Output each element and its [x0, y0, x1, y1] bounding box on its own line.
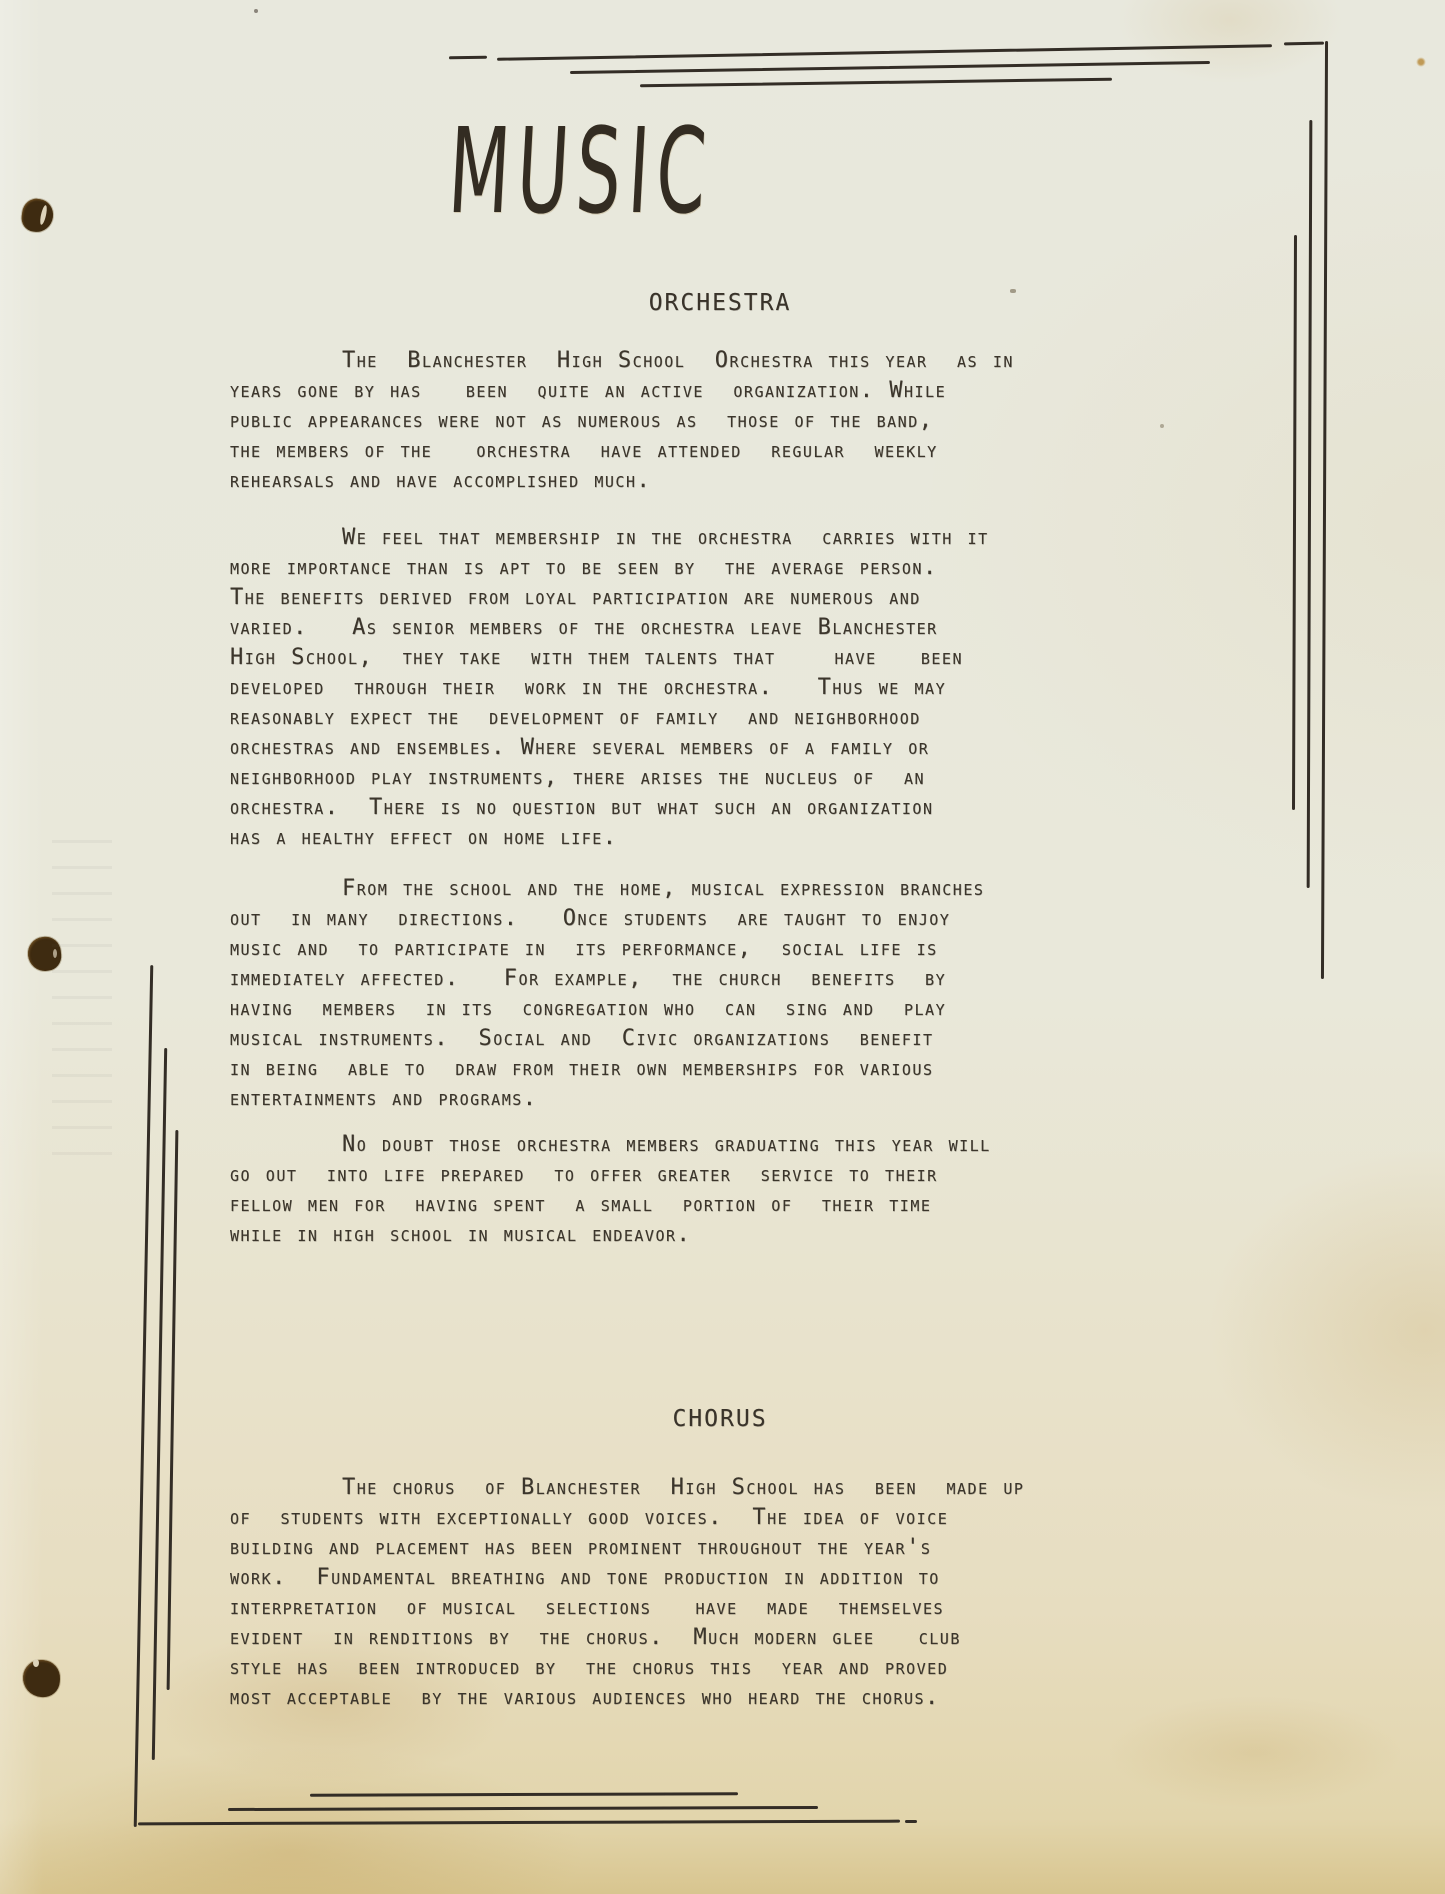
- text-line: more importance than is apt to be seen b…: [230, 553, 1230, 583]
- text-line: has a healthy effect on home life.: [230, 823, 1230, 853]
- ink-dot: [254, 9, 258, 13]
- text-line: having members in its congregation who c…: [230, 994, 1230, 1024]
- border-top-line-1-dash: [449, 56, 487, 60]
- text-line: immediately affected. For example, the c…: [230, 964, 1230, 994]
- text-line: public appearances were not as numerous …: [230, 406, 1230, 436]
- text-line: developed through their work in the orch…: [230, 673, 1230, 703]
- text-line: reasonably expect the development of fam…: [230, 703, 1230, 733]
- text-line: High School, they take with them talents…: [230, 643, 1230, 673]
- border-top-line-1: [497, 44, 1272, 61]
- text-line: We feel that membership in the orchestra…: [230, 523, 1230, 553]
- foxing-speck: [1390, 1240, 1398, 1248]
- text-line: years gone by has been quite an active o…: [230, 376, 1230, 406]
- text-line: musical instruments. Social and Civic or…: [230, 1024, 1230, 1054]
- text-line: orchestras and ensembles. Where several …: [230, 733, 1230, 763]
- text-line: From the school and the home, musical ex…: [230, 874, 1230, 904]
- text-line: work. Fundamental breathing and tone pro…: [230, 1563, 1230, 1593]
- section-heading-orchestra: ORCHESTRA: [240, 290, 1200, 316]
- foxing-speck: [1160, 424, 1164, 428]
- orchestra-paragraph-4: No doubt those orchestra members graduat…: [230, 1130, 1230, 1250]
- ghost-print-impression: [52, 840, 112, 1170]
- punch-hole-top: [22, 199, 53, 232]
- text-line: go out into life prepared to offer great…: [230, 1160, 1230, 1190]
- border-right-line-inner: [1292, 235, 1297, 810]
- text-line: style has been introduced by the chorus …: [230, 1653, 1230, 1683]
- border-bottom-line-2: [228, 1806, 818, 1811]
- border-bottom-line-3: [138, 1820, 900, 1826]
- text-line: The chorus of Blanchester High School ha…: [230, 1473, 1230, 1503]
- orchestra-paragraph-1: The Blanchester High School Orchestra th…: [230, 346, 1230, 496]
- text-line: while in high school in musical endeavor…: [230, 1220, 1230, 1250]
- border-top-line-2: [570, 61, 1210, 74]
- punch-hole-bottom: [23, 1660, 60, 1697]
- text-line: The benefits derived from loyal particip…: [230, 583, 1230, 613]
- text-line: entertainments and programs.: [230, 1084, 1230, 1114]
- border-bottom-line-3-dash: [905, 1820, 917, 1823]
- foxing-speck: [1010, 289, 1016, 293]
- foxing-speck: [1416, 57, 1426, 67]
- text-line: in being able to draw from their own mem…: [230, 1054, 1230, 1084]
- text-line: rehearsals and have accomplished much.: [230, 466, 1230, 496]
- text-line: music and to participate in its performa…: [230, 934, 1230, 964]
- border-left-line-inner: [167, 1130, 179, 1690]
- text-line: of students with exceptionally good voic…: [230, 1503, 1230, 1533]
- border-left-line-middle: [152, 1048, 167, 1760]
- border-top-line-1-corner-dash: [1284, 42, 1324, 46]
- text-line: the members of the orchestra have attend…: [230, 436, 1230, 466]
- border-left-line-outer: [134, 965, 154, 1827]
- border-right-line-outer: [1321, 41, 1328, 979]
- punch-hole-pit: [22, 1659, 61, 1698]
- text-line: varied. As senior members of the orchest…: [230, 613, 1230, 643]
- scanned-yearbook-page: MUSIC ORCHESTRA The Blanchester High Sch…: [0, 0, 1445, 1894]
- chorus-paragraph-1: The chorus of Blanchester High School ha…: [230, 1473, 1230, 1713]
- orchestra-paragraph-3: From the school and the home, musical ex…: [230, 874, 1230, 1114]
- text-line: orchestra. There is no question but what…: [230, 793, 1230, 823]
- text-line: most acceptable by the various audiences…: [230, 1683, 1230, 1713]
- text-line: The Blanchester High School Orchestra th…: [230, 346, 1230, 376]
- border-right-line-middle: [1307, 120, 1313, 888]
- text-line: neighborhood play instruments, there ari…: [230, 763, 1230, 793]
- punch-hole-pit: [20, 197, 55, 234]
- punch-hole-tear-highlight: [33, 1659, 39, 1667]
- text-line: interpretation of musical selections hav…: [230, 1593, 1230, 1623]
- section-heading-chorus: CHORUS: [240, 1406, 1200, 1432]
- border-top-line-3: [640, 78, 1112, 88]
- text-line: building and placement has been prominen…: [230, 1533, 1230, 1563]
- text-line: No doubt those orchestra members graduat…: [230, 1130, 1230, 1160]
- text-line: fellow men for having spent a small port…: [230, 1190, 1230, 1220]
- orchestra-paragraph-2: We feel that membership in the orchestra…: [230, 523, 1230, 853]
- text-line: evident in renditions by the chorus. Muc…: [230, 1623, 1230, 1653]
- text-line: out in many directions. Once students ar…: [230, 904, 1230, 934]
- border-bottom-line-1: [310, 1792, 738, 1796]
- page-title: MUSIC: [446, 112, 716, 230]
